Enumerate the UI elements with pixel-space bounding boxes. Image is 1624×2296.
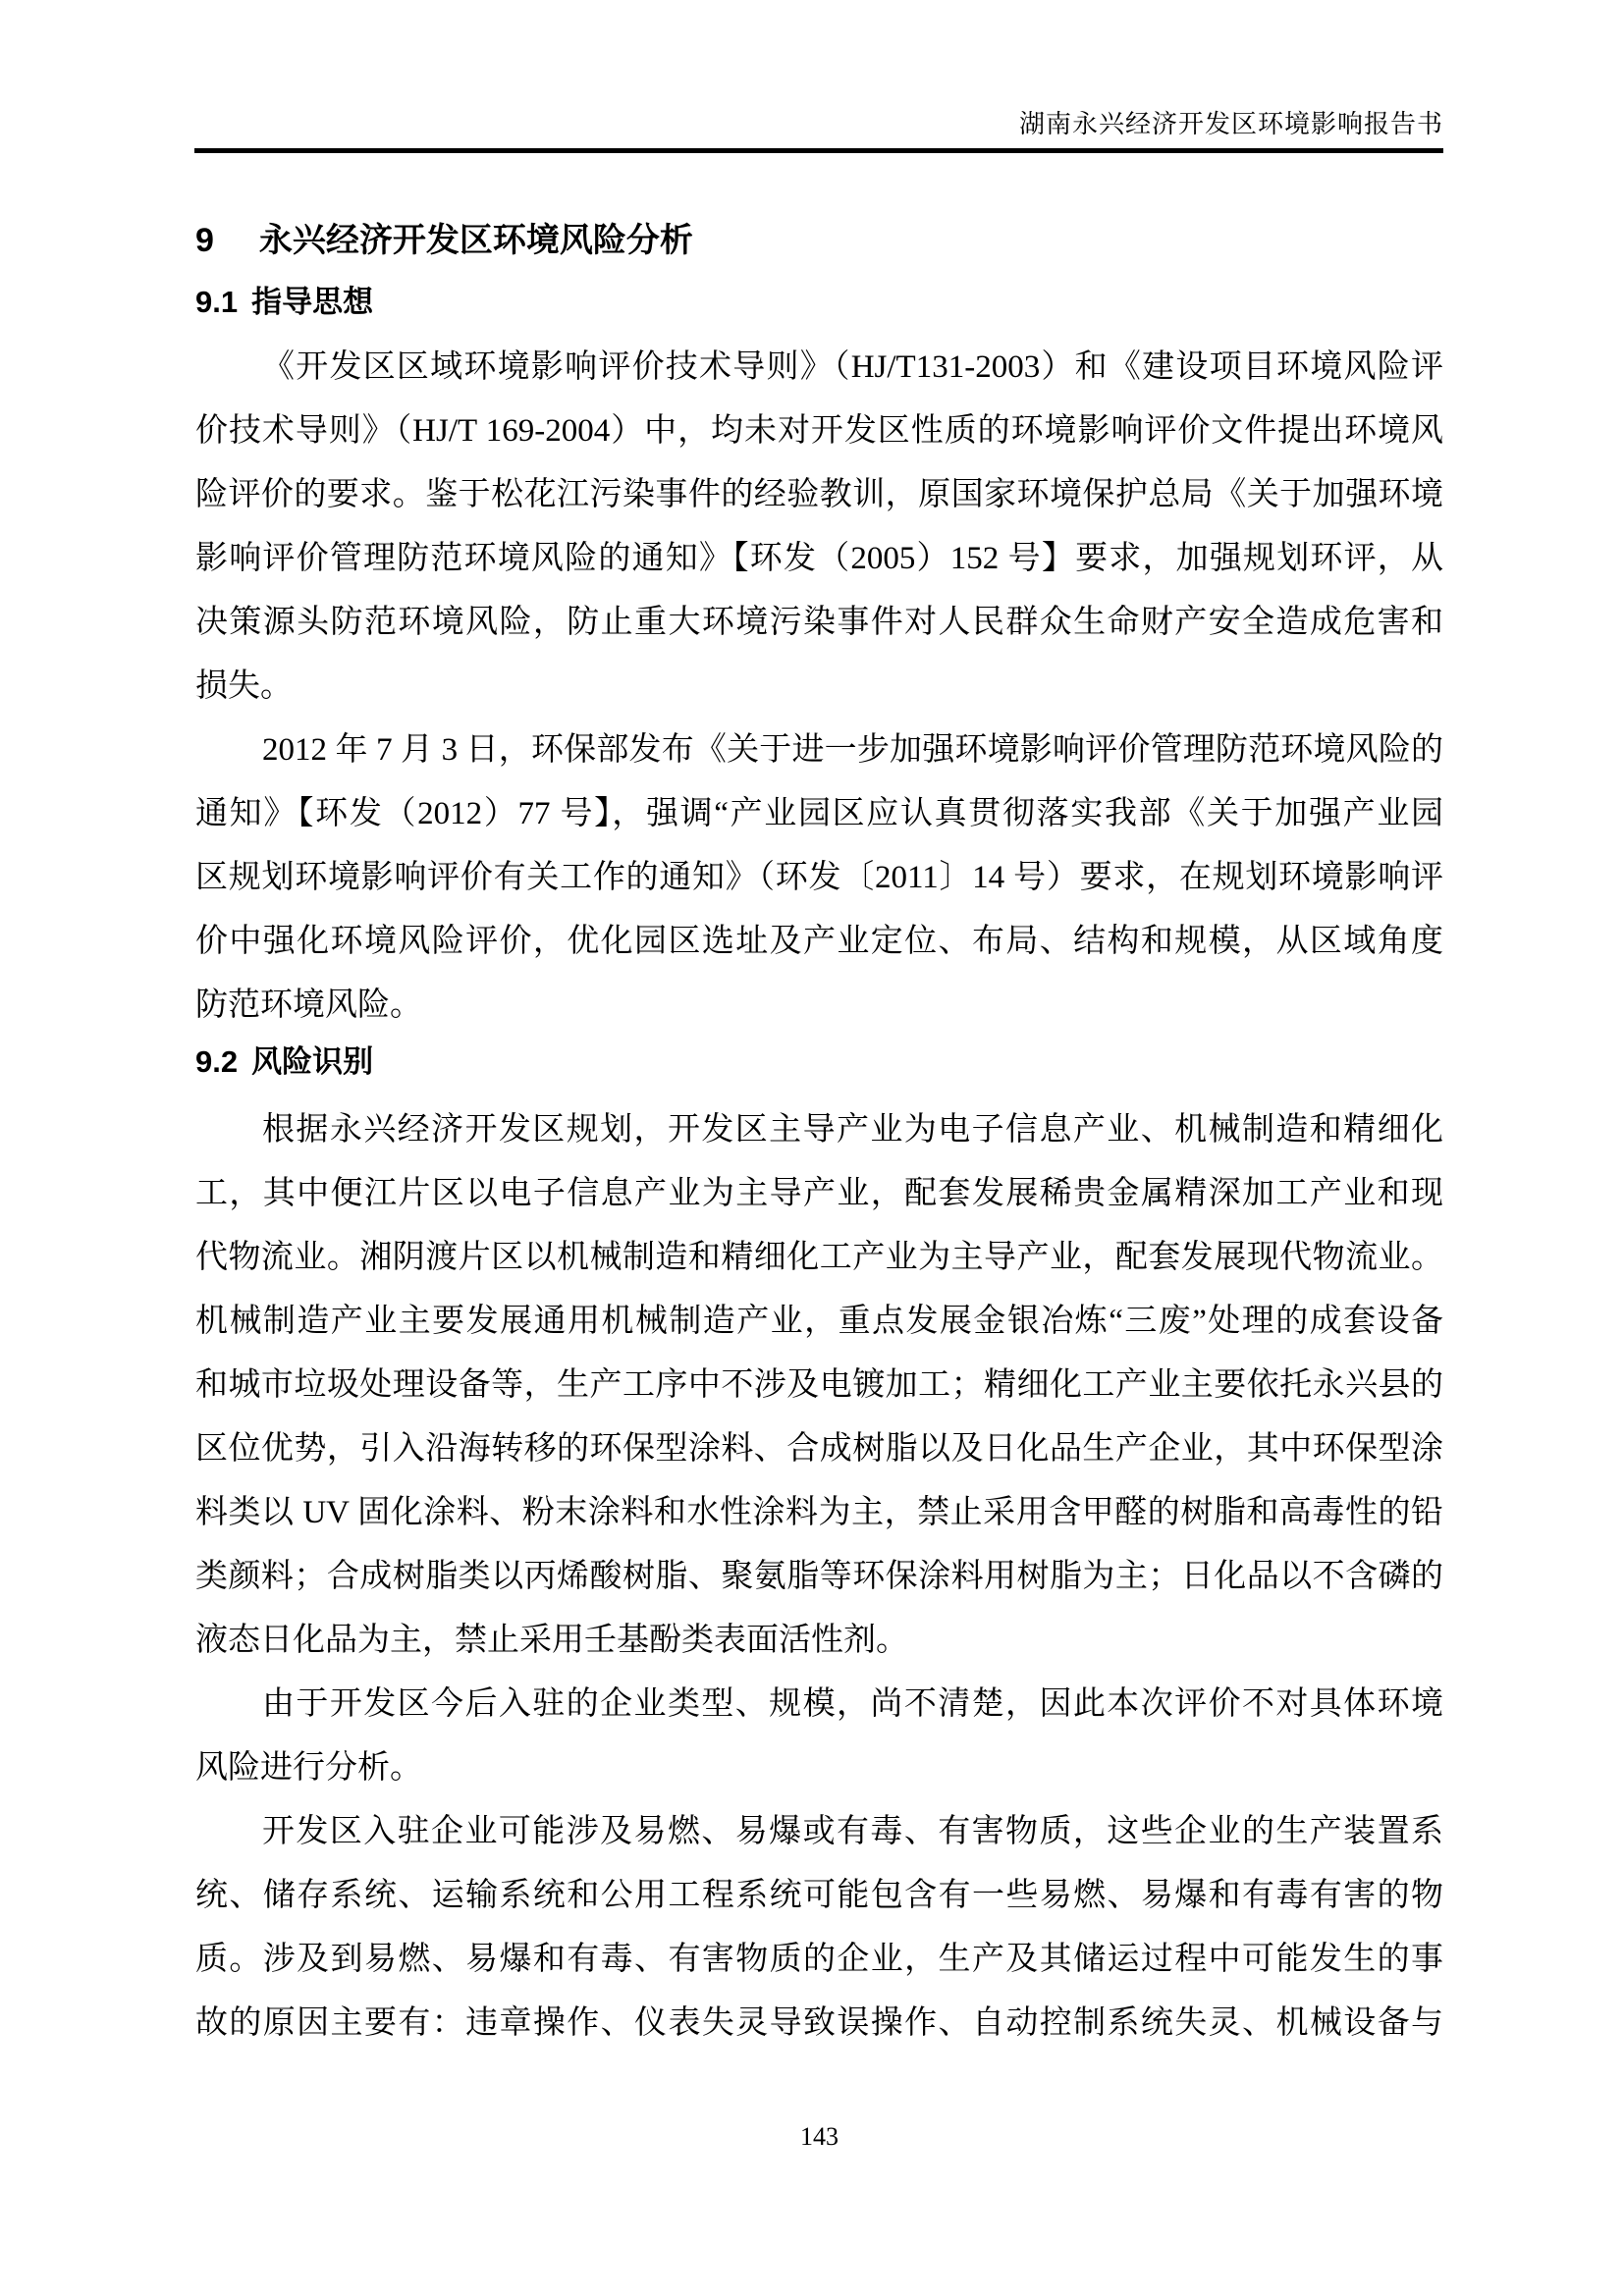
paragraph-line: 机械制造产业主要发展通用机械制造产业，重点发展金银冶炼“三废”处理的成套设备 [195,1290,1443,1354]
paragraph: 由于开发区今后入驻的企业类型、规模，尚不清楚，因此本次评价不对具体环境 风险进行… [195,1673,1443,1800]
paragraph-line: 价技术导则》（HJ/T 169-2004）中，均未对开发区性质的环境影响评价文件… [195,400,1443,463]
header-rule [194,148,1443,153]
subsection-number: 9.1 [195,285,238,319]
paragraph-line: 料类以 UV 固化涂料、粉末涂料和水性涂料为主，禁止采用含甲醛的树脂和高毒性的铅 [195,1481,1443,1545]
subsection-heading-9-1: 9.1指导思想 [195,282,1443,323]
paragraph-line: 和城市垃圾处理设备等，生产工序中不涉及电镀加工；精细化工产业主要依托永兴县的 [195,1354,1443,1417]
paragraph-line: 决策源头防范环境风险，防止重大环境污染事件对人民群众生命财产安全造成危害和 [195,591,1443,655]
section-heading-9: 9永兴经济开发区环境风险分析 [195,220,1443,261]
document-page: 湖南永兴经济开发区环境影响报告书 9永兴经济开发区环境风险分析 9.1指导思想 … [0,0,1624,2296]
subsection-title: 风险识别 [251,1044,373,1079]
paragraph-line: 统、储存系统、运输系统和公用工程系统可能包含有一些易燃、易爆和有毒有害的物 [195,1864,1443,1928]
section-number: 9 [195,222,214,259]
paragraph-line: 根据永兴经济开发区规划，开发区主导产业为电子信息产业、机械制造和精细化 [195,1098,1443,1162]
paragraph-line: 2012 年 7 月 3 日，环保部发布《关于进一步加强环境影响评价管理防范环境… [195,719,1443,782]
paragraph: 《开发区区域环境影响评价技术导则》（HJ/T131-2003）和《建设项目环境风… [195,336,1443,719]
subsection-heading-9-2: 9.2风险识别 [195,1041,1443,1083]
paragraph-line: 区位优势，引入沿海转移的环保型涂料、合成树脂以及日化品生产企业，其中环保型涂 [195,1417,1443,1481]
paragraph-line: 防范环境风险。 [195,974,1443,1038]
paragraph: 2012 年 7 月 3 日，环保部发布《关于进一步加强环境影响评价管理防范环境… [195,719,1443,1038]
paragraph-line: 代物流业。湘阴渡片区以机械制造和精细化工产业为主导产业，配套发展现代物流业。 [195,1226,1443,1290]
section-title: 永兴经济开发区环境风险分析 [259,222,693,259]
paragraph-line: 价中强化环境风险评价，优化园区选址及产业定位、布局、结构和规模，从区域角度 [195,910,1443,974]
paragraph-line: 开发区入驻企业可能涉及易燃、易爆或有毒、有害物质，这些企业的生产装置系 [195,1800,1443,1864]
paragraph: 根据永兴经济开发区规划，开发区主导产业为电子信息产业、机械制造和精细化 工，其中… [195,1098,1443,1673]
paragraph-line: 质。涉及到易燃、易爆和有毒、有害物质的企业，生产及其储运过程中可能发生的事 [195,1928,1443,1992]
page-header-title: 湖南永兴经济开发区环境影响报告书 [195,110,1443,139]
paragraph-line: 故的原因主要有：违章操作、仪表失灵导致误操作、自动控制系统失灵、机械设备与 [195,1992,1443,2056]
paragraph-line: 损失。 [195,655,1443,719]
page-number: 143 [195,2121,1443,2153]
paragraph-line: 险评价的要求。鉴于松花江污染事件的经验教训，原国家环境保护总局《关于加强环境 [195,463,1443,527]
paragraph-line: 《开发区区域环境影响评价技术导则》（HJ/T131-2003）和《建设项目环境风… [195,336,1443,400]
paragraph-line: 风险进行分析。 [195,1736,1443,1800]
paragraph-line: 区规划环境影响评价有关工作的通知》（环发〔2011〕14 号）要求，在规划环境影… [195,846,1443,910]
paragraph-line: 工，其中便江片区以电子信息产业为主导产业，配套发展稀贵金属精深加工产业和现 [195,1162,1443,1226]
paragraph-line: 类颜料；合成树脂类以丙烯酸树脂、聚氨脂等环保涂料用树脂为主；日化品以不含磷的 [195,1545,1443,1609]
paragraph-line: 影响评价管理防范环境风险的通知》【环发（2005）152 号】要求，加强规划环评… [195,527,1443,591]
paragraph-line: 由于开发区今后入驻的企业类型、规模，尚不清楚，因此本次评价不对具体环境 [195,1673,1443,1736]
subsection-title: 指导思想 [251,285,373,319]
paragraph-line: 通知》【环发（2012）77 号】，强调“产业园区应认真贯彻落实我部《关于加强产… [195,782,1443,846]
paragraph: 开发区入驻企业可能涉及易燃、易爆或有毒、有害物质，这些企业的生产装置系 统、储存… [195,1800,1443,2056]
subsection-number: 9.2 [195,1044,238,1079]
paragraph-line: 液态日化品为主，禁止采用壬基酚类表面活性剂。 [195,1609,1443,1673]
